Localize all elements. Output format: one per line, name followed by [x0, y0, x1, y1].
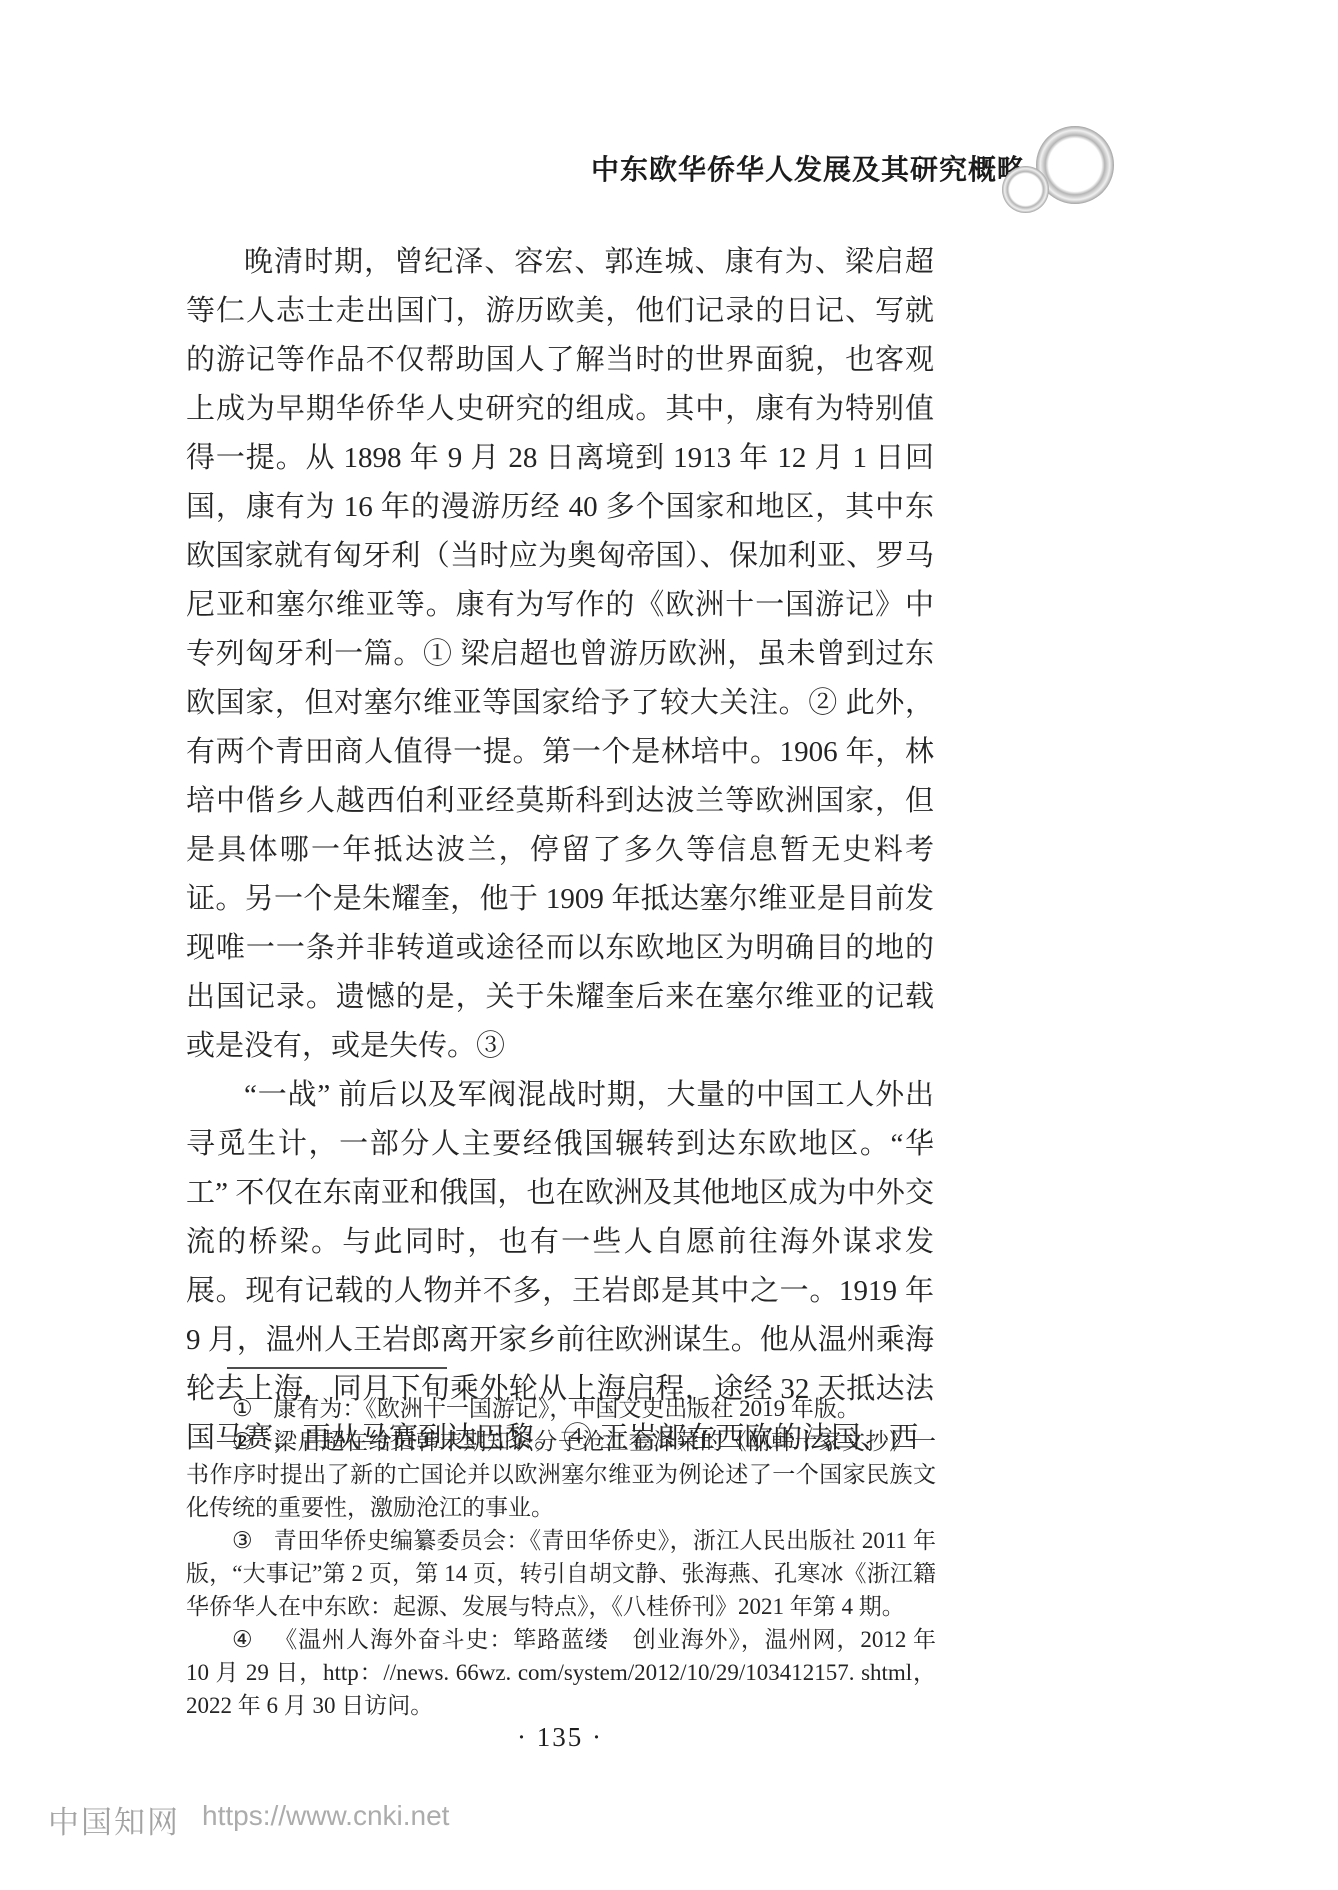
page-header-title: 中东欧华侨华人发展及其研究概略: [591, 148, 1026, 188]
cnki-url-text: https://www.cnki.net: [202, 1800, 449, 1832]
footnote-text: 《温州人海外奋斗史：筚路蓝缕 创业海外》，温州网，2012 年 10 月 29 …: [186, 1627, 936, 1718]
concentric-ring-small-icon: [1002, 166, 1049, 213]
body-text: 晚清时期，曾纪泽、容宏、郭连城、康有为、梁启超等仁人志士走出国门，游历欧美，他们…: [186, 238, 934, 1463]
body-paragraph: 晚清时期，曾纪泽、容宏、郭连城、康有为、梁启超等仁人志士走出国门，游历欧美，他们…: [186, 238, 934, 1071]
footnote-marker: ①: [232, 1396, 253, 1421]
footnote-marker: ④: [232, 1627, 254, 1652]
footnote-text: 梁启超在给旧韩末期知识分子沧江金泽荣的《丽韩十家文抄》一书作序时提出了新的亡国论…: [186, 1429, 936, 1520]
footnote-text: 青田华侨史编纂委员会：《青田华侨史》，浙江人民出版社 2011 年版，“大事记”…: [186, 1528, 936, 1619]
document-page: 中东欧华侨华人发展及其研究概略 晚清时期，曾纪泽、容宏、郭连城、康有为、梁启超等…: [0, 0, 1338, 1890]
footnote: ①康有为：《欧洲十一国游记》，中国文史出版社 2019 年版。: [186, 1392, 936, 1425]
footnote-marker: ②: [232, 1429, 253, 1454]
footnote-divider: [227, 1367, 447, 1369]
cnki-brand-text: 中国知网: [48, 1797, 180, 1842]
footnote-text: 康有为：《欧洲十一国游记》，中国文史出版社 2019 年版。: [273, 1396, 860, 1421]
page-number: · 135 ·: [186, 1722, 934, 1753]
footnote: ④《温州人海外奋斗史：筚路蓝缕 创业海外》，温州网，2012 年 10 月 29…: [186, 1623, 936, 1722]
footnote: ③青田华侨史编纂委员会：《青田华侨史》，浙江人民出版社 2011 年版，“大事记…: [186, 1524, 936, 1623]
footnote-marker: ③: [232, 1528, 253, 1553]
footnote-section: ①康有为：《欧洲十一国游记》，中国文史出版社 2019 年版。 ②梁启超在给旧韩…: [186, 1392, 936, 1722]
footnote: ②梁启超在给旧韩末期知识分子沧江金泽荣的《丽韩十家文抄》一书作序时提出了新的亡国…: [186, 1425, 936, 1524]
